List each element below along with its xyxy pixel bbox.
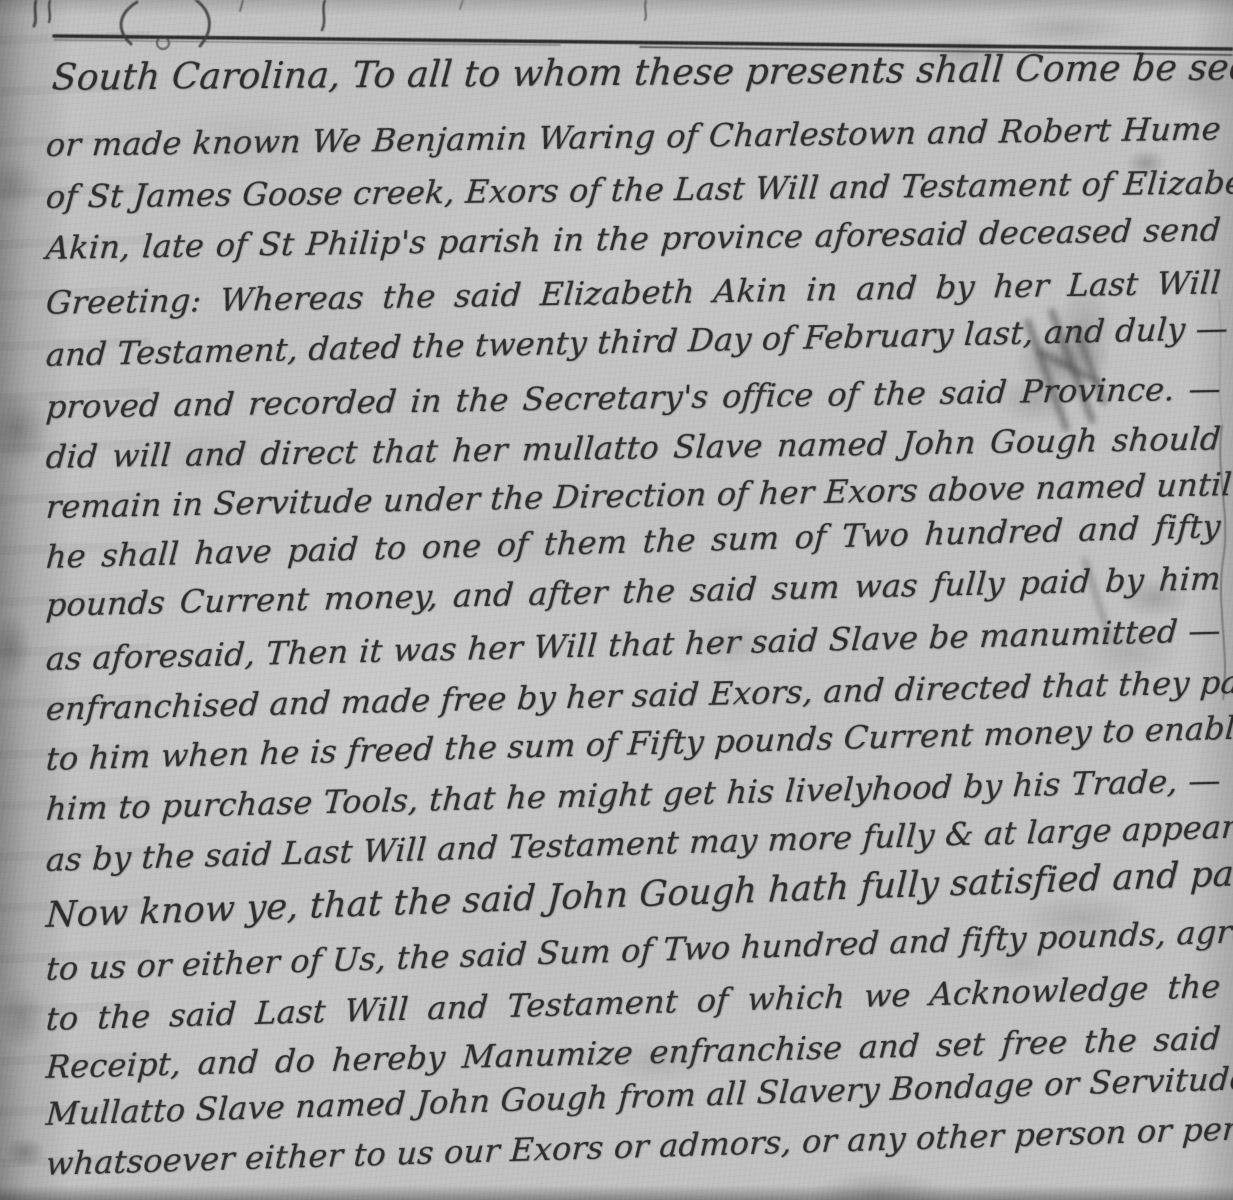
manuscript-line-6: and Testament, dated the twenty third Da… — [45, 310, 1222, 374]
manuscript-line-3: of St James Goose creek, Exors of the La… — [45, 165, 1223, 216]
cropped-pen-strokes — [34, 0, 646, 49]
manuscript-line-2: or made known We Benjamin Waring of Char… — [45, 111, 1223, 164]
manuscript-line-7: proved and recorded in the Secretary's o… — [45, 371, 1222, 426]
manuscript-line-4: Akin, late of St Philip's parish in the … — [45, 212, 1222, 267]
manuscript-page: South Carolina, To all to whom these pre… — [0, 0, 1233, 1200]
manuscript-line-8: did will and direct that her mullatto Sl… — [45, 421, 1222, 476]
manuscript-line-1: South Carolina, To all to whom these pre… — [50, 48, 1213, 100]
